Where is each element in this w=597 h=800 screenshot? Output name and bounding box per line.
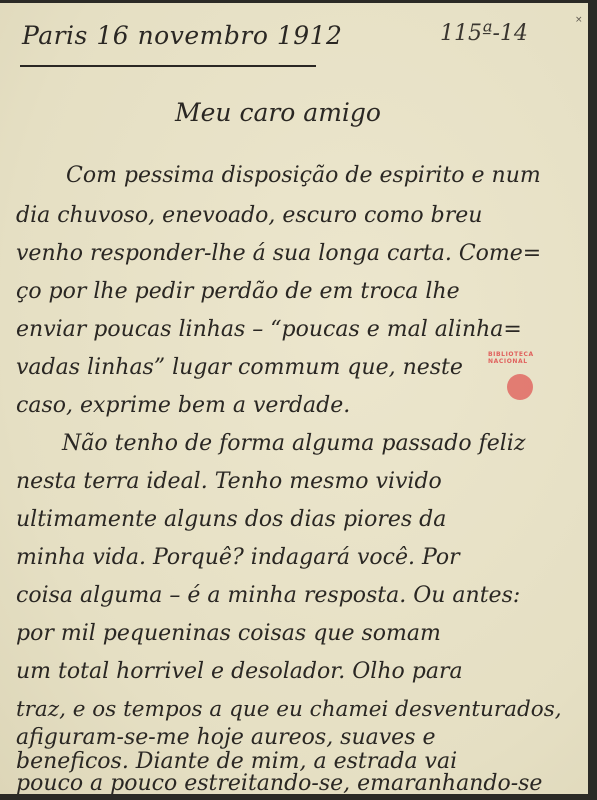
letter-line: coisa alguma – é a minha resposta. Ou an… (16, 583, 520, 608)
salutation: Meu caro amigo (175, 98, 381, 127)
stamp-text: BIBLIOTECA NACIONAL (488, 351, 550, 365)
letter-line: caso, exprime bem a verdade. (16, 393, 350, 418)
library-stamp: BIBLIOTECA NACIONAL (488, 351, 550, 413)
date-underline (20, 65, 316, 67)
folio-number: 115ª-14 (440, 21, 528, 46)
letter-line: vadas linhas” lugar commum que, neste (16, 355, 463, 380)
letter-line: Não tenho de forma alguma passado feliz (62, 431, 525, 456)
letter-line: ultimamente alguns dos dias piores da (16, 507, 446, 532)
place-date: Paris 16 novembro 1912 (22, 21, 342, 50)
letter-line: por mil pequeninas coisas que somam (16, 621, 441, 646)
letter-line: um total horrivel e desolador. Olho para (16, 659, 463, 684)
letter-line: afiguram-se-me hoje aureos, suaves e (16, 725, 436, 750)
stamp-seal-icon (507, 374, 533, 400)
letter-line: enviar poucas linhas – “poucas e mal ali… (16, 317, 522, 342)
letter-line: minha vida. Porquê? indagará você. Por (16, 545, 460, 570)
letter-line: nesta terra ideal. Tenho mesmo vivido (16, 469, 442, 494)
letter-line: traz, e os tempos a que eu chamei desven… (16, 697, 562, 722)
letter-line: Com pessima disposição de espirito e num (66, 163, 541, 188)
letter-page: × Paris 16 novembro 1912 115ª-14 Meu car… (0, 3, 588, 794)
letter-line: ço por lhe pedir perdão de em troca lhe (16, 279, 460, 304)
letter-line: venho responder-lhe á sua longa carta. C… (16, 241, 541, 266)
letter-line: pouco a pouco estreitando-se, emaranhand… (16, 771, 542, 794)
corner-mark: × (575, 15, 583, 25)
letter-line: dia chuvoso, enevoado, escuro como breu (16, 203, 482, 228)
